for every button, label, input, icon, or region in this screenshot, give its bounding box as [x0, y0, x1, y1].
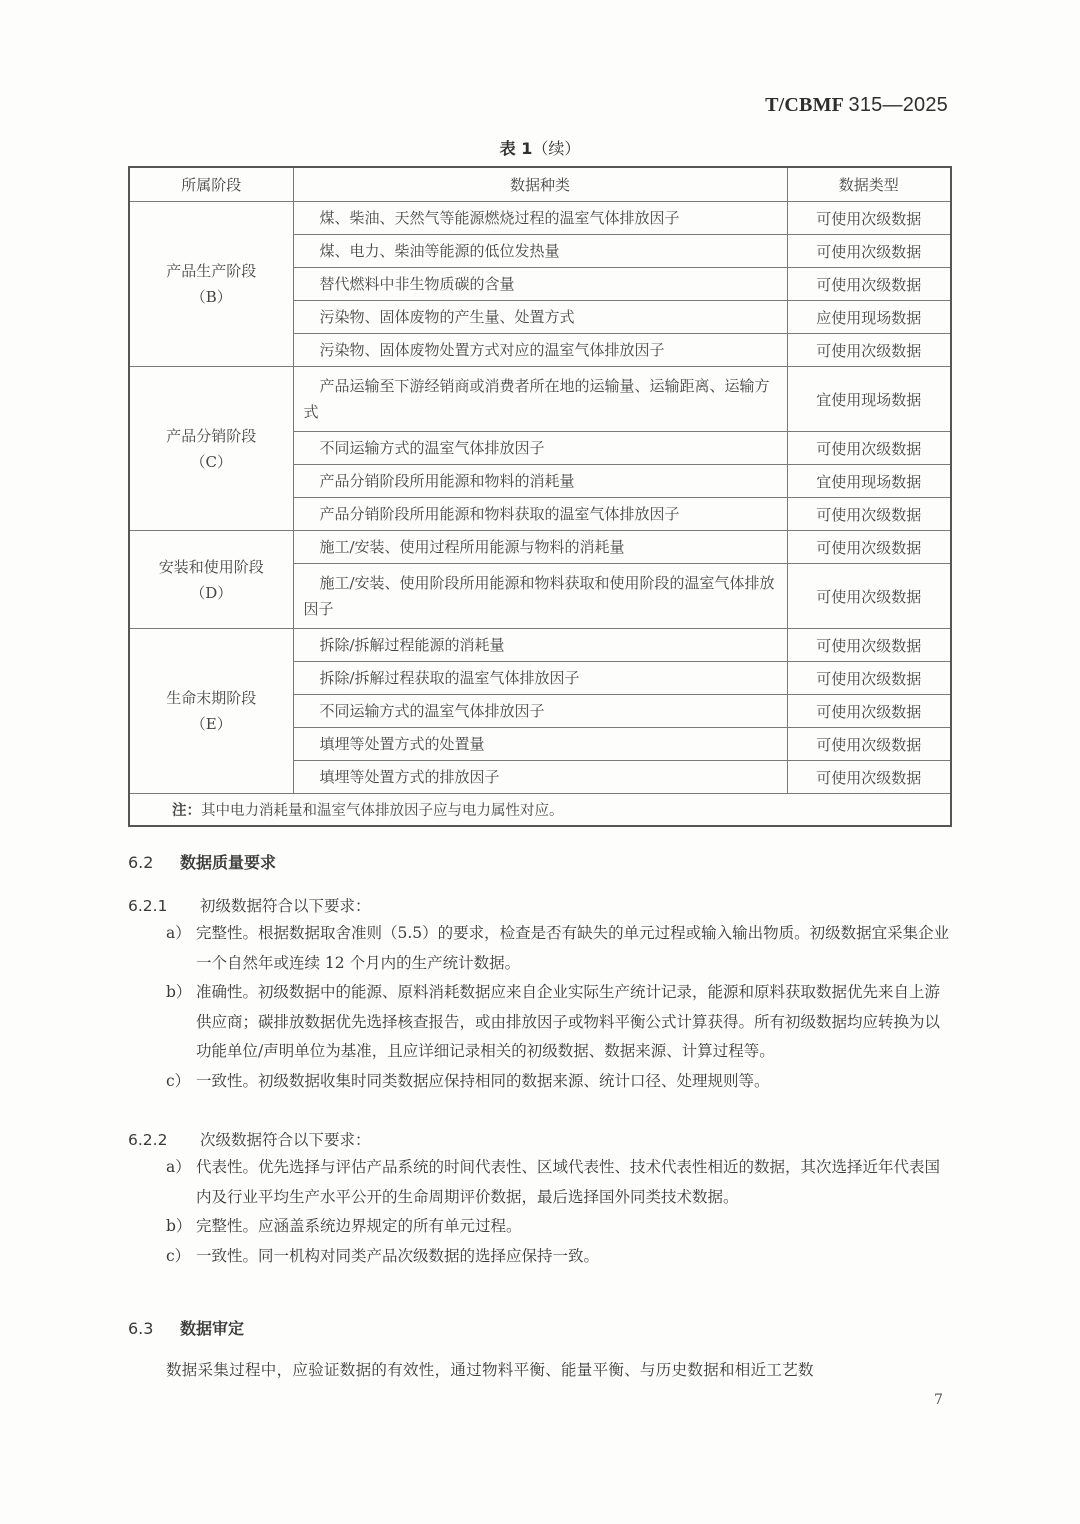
section-title: 数据质量要求 [180, 853, 276, 872]
section-number: 6.2 [128, 853, 180, 872]
stage-code: （C） [130, 449, 293, 475]
data-kind-cell: 拆除/拆解过程能源的消耗量 [293, 629, 787, 662]
section-6-2-heading: 6.2数据质量要求 [128, 850, 276, 873]
list-label: a） [166, 919, 191, 949]
standard-code: T/CBMF 315—2025 [765, 94, 948, 117]
data-kind-cell: 产品运输至下游经销商或消费者所在地的运输量、运输距离、运输方式 [293, 367, 787, 432]
table-note-row: 注：其中电力消耗量和温室气体排放因子应与电力属性对应。 [129, 794, 951, 827]
list-text: 完整性。应涵盖系统边界规定的所有单元过程。 [196, 1217, 522, 1235]
list-label: c） [166, 1242, 190, 1272]
list-label: c） [166, 1067, 190, 1097]
data-type-cell: 可使用次级数据 [787, 498, 951, 531]
data-kind-cell: 替代燃料中非生物质碳的含量 [293, 268, 787, 301]
section-title: 初级数据符合以下要求： [200, 897, 371, 915]
section-6-3-heading: 6.3数据审定 [128, 1316, 244, 1339]
list-text: 完整性。根据数据取舍准则（5.5）的要求，检查是否有缺失的单元过程或输入输出物质… [196, 924, 949, 972]
table-title-label: 表 1 [500, 139, 533, 158]
header-data-kind: 数据种类 [293, 167, 787, 202]
list-item: b） 准确性。初级数据中的能源、原料消耗数据应来自企业实际生产统计记录，能源和原… [166, 978, 952, 1067]
list-label: b） [166, 1212, 191, 1242]
data-type-cell: 可使用次级数据 [787, 268, 951, 301]
list-item: a） 代表性。优先选择与评估产品系统的时间代表性、区域代表性、技术代表性相近的数… [166, 1153, 952, 1212]
data-kind-cell: 不同运输方式的温室气体排放因子 [293, 695, 787, 728]
stage-code: （E） [130, 711, 293, 737]
section-6-2-1-heading: 6.2.1初级数据符合以下要求： [128, 894, 371, 916]
note-label: 注： [172, 802, 201, 819]
table-title-suffix: （续） [532, 139, 580, 158]
data-type-cell: 可使用次级数据 [787, 334, 951, 367]
standard-code-prefix: T/CBMF [765, 94, 843, 116]
data-type-cell: 可使用次级数据 [787, 202, 951, 235]
data-kind-cell: 拆除/拆解过程获取的温室气体排放因子 [293, 662, 787, 695]
stage-code: （B） [130, 284, 293, 310]
table-note: 注：其中电力消耗量和温室气体排放因子应与电力属性对应。 [129, 794, 951, 827]
data-type-cell: 可使用次级数据 [787, 695, 951, 728]
page-number: 7 [934, 1392, 943, 1408]
list-item: c） 一致性。初级数据收集时同类数据应保持相同的数据来源、统计口径、处理规则等。 [166, 1067, 952, 1097]
stage-cell-b: 产品生产阶段 （B） [129, 202, 293, 367]
list-item: b） 完整性。应涵盖系统边界规定的所有单元过程。 [166, 1212, 952, 1242]
data-type-cell: 可使用次级数据 [787, 564, 951, 629]
note-text: 其中电力消耗量和温室气体排放因子应与电力属性对应。 [201, 803, 564, 819]
table-row: 生命末期阶段 （E） 拆除/拆解过程能源的消耗量 可使用次级数据 [129, 629, 951, 662]
standard-code-number: 315—2025 [849, 94, 948, 116]
data-kind-cell: 施工/安装、使用阶段所用能源和物料获取和使用阶段的温室气体排放因子 [293, 564, 787, 629]
stage-cell-e: 生命末期阶段 （E） [129, 629, 293, 794]
list-item: a） 完整性。根据数据取舍准则（5.5）的要求，检查是否有缺失的单元过程或输入输… [166, 919, 952, 978]
section-6-3-paragraph: 数据采集过程中，应验证数据的有效性，通过物料平衡、能量平衡、与历史数据和相近工艺… [166, 1358, 952, 1380]
table-title: 表 1（续） [0, 136, 1080, 159]
section-number: 6.2.2 [128, 1131, 200, 1149]
header-data-type: 数据类型 [787, 167, 951, 202]
stage-cell-c: 产品分销阶段 （C） [129, 367, 293, 531]
data-type-cell: 可使用次级数据 [787, 629, 951, 662]
section-title: 次级数据符合以下要求： [200, 1131, 371, 1149]
section-number: 6.2.1 [128, 897, 200, 915]
data-type-cell: 可使用次级数据 [787, 662, 951, 695]
section-number: 6.3 [128, 1319, 180, 1338]
stage-name: 安装和使用阶段 [130, 554, 293, 580]
data-type-cell: 应使用现场数据 [787, 301, 951, 334]
data-kind-cell: 填埋等处置方式的处置量 [293, 728, 787, 761]
data-type-cell: 可使用次级数据 [787, 235, 951, 268]
data-type-cell: 可使用次级数据 [787, 432, 951, 465]
primary-data-requirements-list: a） 完整性。根据数据取舍准则（5.5）的要求，检查是否有缺失的单元过程或输入输… [166, 919, 952, 1096]
table-row: 产品生产阶段 （B） 煤、柴油、天然气等能源燃烧过程的温室气体排放因子 可使用次… [129, 202, 951, 235]
list-text: 代表性。优先选择与评估产品系统的时间代表性、区域代表性、技术代表性相近的数据，其… [196, 1158, 940, 1206]
list-label: a） [166, 1153, 191, 1183]
section-title: 数据审定 [180, 1319, 244, 1338]
data-kind-cell: 不同运输方式的温室气体排放因子 [293, 432, 787, 465]
list-text: 一致性。初级数据收集时同类数据应保持相同的数据来源、统计口径、处理规则等。 [196, 1072, 770, 1090]
secondary-data-requirements-list: a） 代表性。优先选择与评估产品系统的时间代表性、区域代表性、技术代表性相近的数… [166, 1153, 952, 1271]
data-kind-cell: 煤、电力、柴油等能源的低位发热量 [293, 235, 787, 268]
data-kind-cell: 施工/安装、使用过程所用能源与物料的消耗量 [293, 531, 787, 564]
table-row: 产品分销阶段 （C） 产品运输至下游经销商或消费者所在地的运输量、运输距离、运输… [129, 367, 951, 432]
list-text: 准确性。初级数据中的能源、原料消耗数据应来自企业实际生产统计记录，能源和原料获取… [196, 983, 940, 1060]
data-kind-cell: 填埋等处置方式的排放因子 [293, 761, 787, 794]
data-kind-cell: 产品分销阶段所用能源和物料获取的温室气体排放因子 [293, 498, 787, 531]
table-row: 安装和使用阶段 （D） 施工/安装、使用过程所用能源与物料的消耗量 可使用次级数… [129, 531, 951, 564]
list-item: c） 一致性。同一机构对同类产品次级数据的选择应保持一致。 [166, 1242, 952, 1272]
data-type-cell: 宜使用现场数据 [787, 367, 951, 432]
list-label: b） [166, 978, 191, 1008]
stage-name: 产品生产阶段 [130, 258, 293, 284]
table-header-row: 所属阶段 数据种类 数据类型 [129, 167, 951, 202]
section-6-2-2-heading: 6.2.2次级数据符合以下要求： [128, 1128, 371, 1150]
data-kind-cell: 煤、柴油、天然气等能源燃烧过程的温室气体排放因子 [293, 202, 787, 235]
data-type-cell: 可使用次级数据 [787, 531, 951, 564]
data-type-table: 所属阶段 数据种类 数据类型 产品生产阶段 （B） 煤、柴油、天然气等能源燃烧过… [128, 166, 952, 827]
stage-name: 生命末期阶段 [130, 685, 293, 711]
stage-cell-d: 安装和使用阶段 （D） [129, 531, 293, 629]
data-kind-cell: 污染物、固体废物处置方式对应的温室气体排放因子 [293, 334, 787, 367]
list-text: 一致性。同一机构对同类产品次级数据的选择应保持一致。 [196, 1247, 599, 1265]
data-type-cell: 宜使用现场数据 [787, 465, 951, 498]
data-kind-cell: 污染物、固体废物的产生量、处置方式 [293, 301, 787, 334]
data-type-cell: 可使用次级数据 [787, 761, 951, 794]
data-kind-cell: 产品分销阶段所用能源和物料的消耗量 [293, 465, 787, 498]
stage-code: （D） [130, 580, 293, 606]
stage-name: 产品分销阶段 [130, 423, 293, 449]
data-type-cell: 可使用次级数据 [787, 728, 951, 761]
header-stage: 所属阶段 [129, 167, 293, 202]
